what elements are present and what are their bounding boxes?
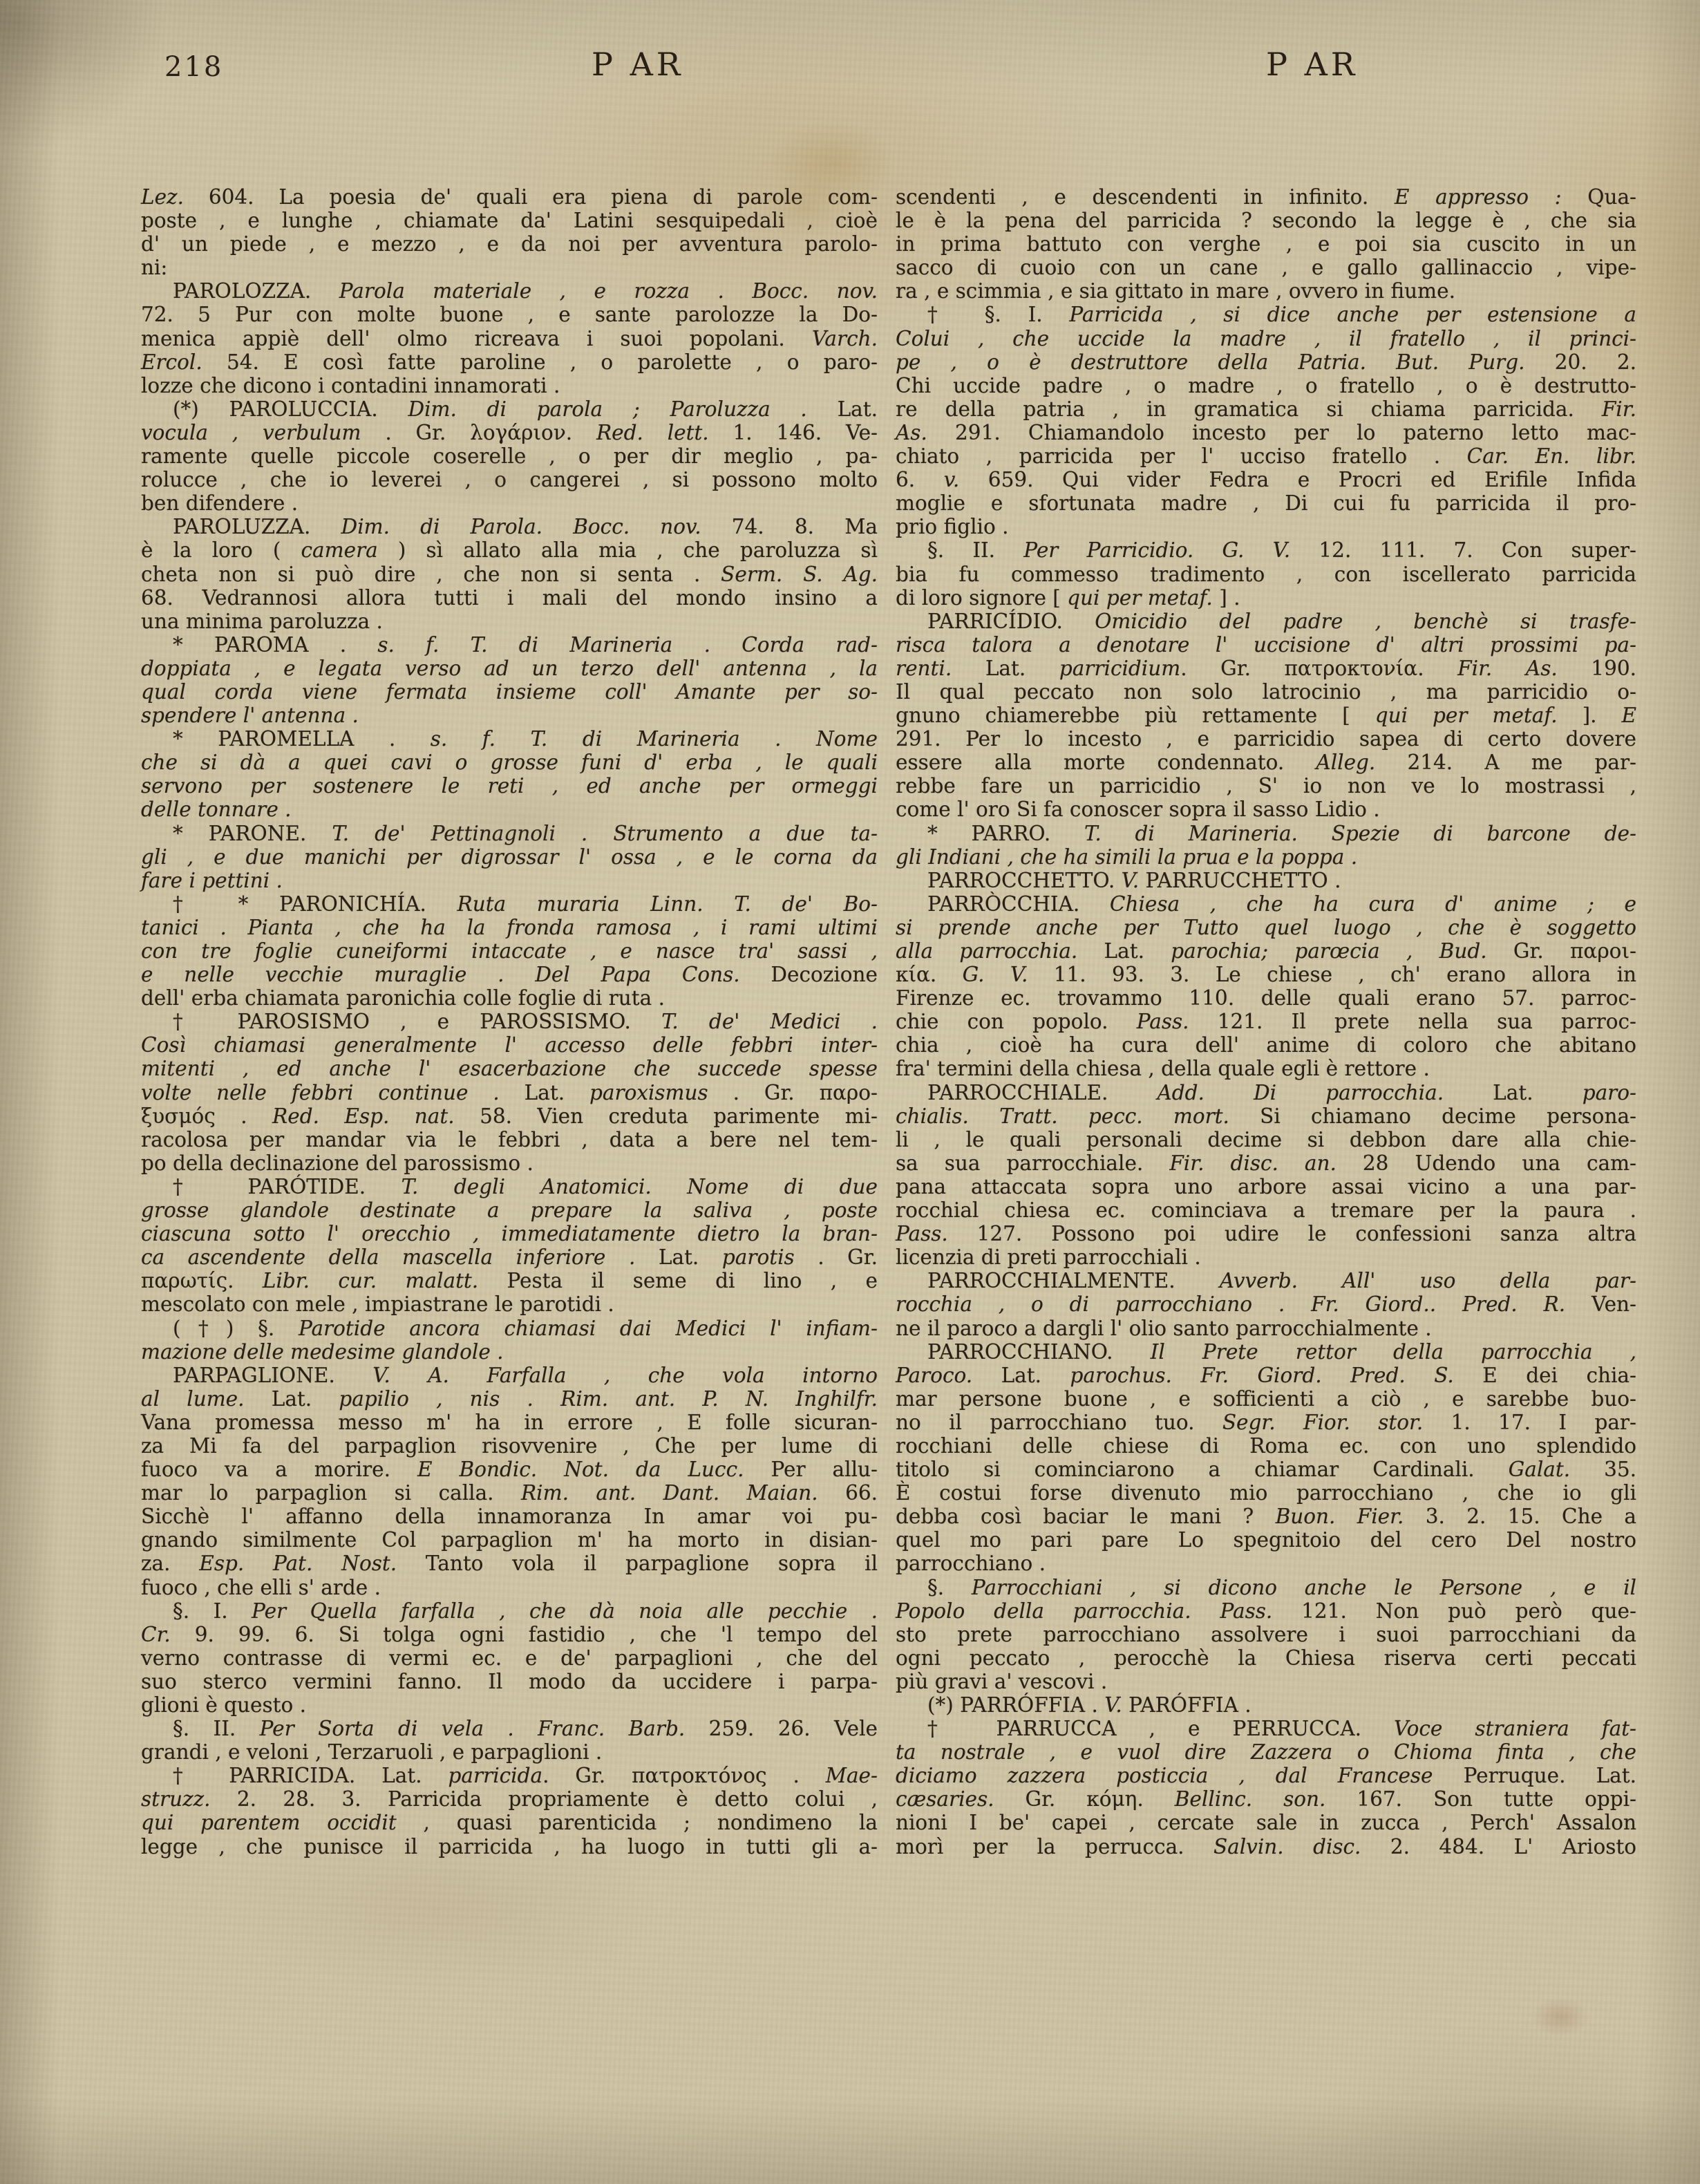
text-line: ogni peccato , perocchè la Chiesa riserv… (896, 1646, 1636, 1670)
text-line: mescolato con mele , impiastrane le paro… (141, 1292, 878, 1316)
page-number: 218 (164, 51, 223, 83)
scanned-dictionary-page: 218 P AR P AR Lez. 604. La poesia de' qu… (0, 0, 1700, 2184)
text-line: gnando similmente Col parpaglion m' ha m… (141, 1528, 878, 1552)
running-head-right: P AR (1266, 46, 1358, 83)
text-line: con tre foglie cuneiformi intaccate , e … (141, 939, 878, 963)
text-line: rolucce , che io leverei , o cangerei , … (141, 468, 878, 491)
text-line: PAROLUZZA. Dim. di Parola. Bocc. nov. 74… (141, 515, 878, 538)
entry-paragraph: (†) §. Parotide ancora chiamasi dai Medi… (141, 1317, 878, 1364)
text-line: 68. Vedrannosi allora tutti i mali del m… (141, 586, 878, 610)
text-line: PARPAGLIONE. V. A. Farfalla , che vola i… (141, 1364, 878, 1387)
text-line: ra , e scimmia , e sia gittato in mare ,… (896, 279, 1636, 303)
text-line: za Mi fa del parpaglion risovvenire , Ch… (141, 1434, 878, 1458)
text-line: Popolo della parrocchia. Pass. 121. Non … (896, 1599, 1636, 1623)
text-line: ta nostrale , e vuol dire Zazzera o Chio… (896, 1740, 1636, 1764)
entry-paragraph: * PAROMELLA . s. f. T. di Marineria . No… (141, 727, 878, 821)
text-line: Paroco. Lat. parochus. Fr. Giord. Pred. … (896, 1364, 1636, 1387)
text-line: quel mo pari pare Lo spegnitoio del cero… (896, 1528, 1636, 1552)
text-line: vocula , verbulum . Gr. λογάριον. Red. l… (141, 421, 878, 444)
text-line: rebbe fare un parricidio , S' io non ve … (896, 774, 1636, 798)
text-line: titolo si cominciarono a chiamar Cardina… (896, 1458, 1636, 1481)
entry-paragraph: * PARRO. T. di Marineria. Spezie di barc… (896, 822, 1636, 869)
text-line: licenzia di preti parrocchiali . (896, 1245, 1636, 1269)
text-line: al lume. Lat. papilio , nis . Rim. ant. … (141, 1387, 878, 1411)
entry-paragraph: Lez. 604. La poesia de' quali era piena … (141, 185, 878, 279)
text-line: Il qual peccato non solo latrocinio , ma… (896, 680, 1636, 704)
text-line: κία. G. V. 11. 93. 3. Le chiese , ch' er… (896, 963, 1636, 986)
text-line: §. I. Per Quella farfalla , che dà noia … (141, 1599, 878, 1623)
text-line: † PARÓTIDE. T. degli Anatomici. Nome di … (141, 1175, 878, 1198)
text-line: † * PARONICHÍA. Ruta muraria Linn. T. de… (141, 892, 878, 916)
text-line: ni: (141, 256, 878, 279)
entry-paragraph: PARRICÍDIO. Omicidio del padre , benchè … (896, 610, 1636, 822)
text-line: mazione delle medesime glandole . (141, 1340, 878, 1364)
entry-paragraph: PARROCCHIANO. Il Prete rettor della parr… (896, 1340, 1636, 1576)
text-line: ramente quelle piccole coserelle , o per… (141, 444, 878, 468)
text-line: PARROCCHIALMENTE. Avverb. All' uso della… (896, 1269, 1636, 1292)
text-line: sa sua parrocchiale. Fir. disc. an. 28 U… (896, 1151, 1636, 1175)
text-column-right: scendenti , e descendenti in infinito. E… (896, 185, 1636, 1858)
text-line: fare i pettini . (141, 869, 878, 892)
text-line: lozze che dicono i contadini innamorati … (141, 374, 878, 397)
text-line: gli , e due manichi per digrossar l' oss… (141, 845, 878, 869)
text-line: * PAROMELLA . s. f. T. di Marineria . No… (141, 727, 878, 751)
text-line: più gravi a' vescovi . (896, 1670, 1636, 1693)
entry-paragraph: † §. I. Parricida , si dice anche per es… (896, 303, 1636, 538)
text-line: Chi uccide padre , o madre , o fratello … (896, 374, 1636, 397)
text-line: chia , cioè ha cura dell' anime di color… (896, 1033, 1636, 1057)
text-line: grosse glandole destinate a prepare la s… (141, 1198, 878, 1222)
text-line: grandi , e veloni , Terzaruoli , e parpa… (141, 1740, 878, 1764)
text-line: doppiata , e legata verso ad un terzo de… (141, 657, 878, 680)
entry-paragraph: §. II. Per Parricidio. G. V. 12. 111. 7.… (896, 538, 1636, 609)
text-line: cæsaries. Gr. κόμη. Bellinc. son. 167. S… (896, 1787, 1636, 1811)
text-line: menica appiè dell' olmo ricreava i suoi … (141, 327, 878, 350)
text-line: fuoco va a morire. E Bondic. Not. da Luc… (141, 1458, 878, 1481)
text-line: §. II. Per Parricidio. G. V. 12. 111. 7.… (896, 538, 1636, 562)
text-line: mar lo parpaglion si calla. Rim. ant. Da… (141, 1481, 878, 1505)
text-line: † PARRICIDA. Lat. parricida. Gr. πατροκτ… (141, 1764, 878, 1787)
text-line: tanici . Pianta , che ha la fronda ramos… (141, 916, 878, 939)
text-line: li , le quali personali decime si debbon… (896, 1128, 1636, 1151)
entry-paragraph: PAROLUZZA. Dim. di Parola. Bocc. nov. 74… (141, 515, 878, 632)
text-line: prio figlio . (896, 515, 1636, 538)
text-line: chiato , parricida per l' ucciso fratell… (896, 444, 1636, 468)
text-line: cheta non si può dire , che non si senta… (141, 563, 878, 586)
text-line: PAROLOZZA. Parola materiale , e rozza . … (141, 279, 878, 303)
text-line: Cr. 9. 99. 6. Si tolga ogni fastidio , c… (141, 1623, 878, 1646)
text-line: debba così baciar le mani ? Buon. Fier. … (896, 1505, 1636, 1528)
text-line: As. 291. Chiamandolo incesto per lo pate… (896, 421, 1636, 444)
text-line: Lez. 604. La poesia de' quali era piena … (141, 185, 878, 209)
text-line: alla parrocchia. Lat. parochia; parœcia … (896, 939, 1636, 963)
text-line: qui parentem occidit , quasi parenticida… (141, 1811, 878, 1834)
text-line: renti. Lat. parricidium. Gr. πατροκτονία… (896, 657, 1636, 680)
text-line: mar persone buone , e sofficienti a ciò … (896, 1387, 1636, 1411)
text-line: chie con popolo. Pass. 121. Il prete nel… (896, 1010, 1636, 1033)
text-line: volte nelle febbri continue . Lat. parox… (141, 1081, 878, 1104)
text-line: rocchia , o di parrocchiano . Fr. Giord.… (896, 1292, 1636, 1316)
entry-paragraph: (*) PARRÓFFIA . V. PARÓFFIA . (896, 1693, 1636, 1717)
text-line: di loro signore [ qui per metaf. ] . (896, 586, 1636, 610)
entry-paragraph: PARROCCHETTO. V. PARRUCCHETTO . (896, 869, 1636, 892)
text-line: nioni I be' capei , cercate sale in zucc… (896, 1811, 1636, 1834)
entry-paragraph: PAROLOZZA. Parola materiale , e rozza . … (141, 279, 878, 397)
text-line: (*) PAROLUCCIA. Dim. di parola ; Paroluz… (141, 397, 878, 421)
text-line: pe , o è destruttore della Patria. But. … (896, 350, 1636, 374)
text-line: e nelle vecchie muraglie . Del Papa Cons… (141, 963, 878, 986)
text-line: po della declinazione del parossismo . (141, 1151, 878, 1175)
text-line: Colui , che uccide la madre , il fratell… (896, 327, 1636, 350)
text-line: risca talora a denotare l' uccisione d' … (896, 633, 1636, 657)
entry-paragraph: (*) PAROLUCCIA. Dim. di parola ; Paroluz… (141, 397, 878, 515)
text-line: ne il paroco a dargli l' olio santo parr… (896, 1317, 1636, 1340)
text-line: mitenti , ed anche l' esacerbazione che … (141, 1057, 878, 1080)
text-line: παρωτίς. Libr. cur. malatt. Pesta il sem… (141, 1269, 878, 1292)
entry-paragraph: §. II. Per Sorta di vela . Franc. Barb. … (141, 1717, 878, 1764)
entry-paragraph: † * PARONICHÍA. Ruta muraria Linn. T. de… (141, 892, 878, 1010)
text-line: * PARONE. T. de' Pettinagnoli . Strument… (141, 822, 878, 845)
text-line: fra' termini della chiesa , della quale … (896, 1057, 1636, 1080)
text-line: chialis. Tratt. pecc. mort. Si chiamano … (896, 1104, 1636, 1128)
text-line: no il parrocchiano tuo. Segr. Fior. stor… (896, 1411, 1636, 1434)
text-line: essere alla morte condennato. Alleg. 214… (896, 751, 1636, 774)
text-line: diciamo zazzera posticcia , dal Francese… (896, 1764, 1636, 1787)
text-line: PARRICÍDIO. Omicidio del padre , benchè … (896, 610, 1636, 633)
text-line: fuoco , che elli s' arde . (141, 1576, 878, 1599)
text-line: le è la pena del parricida ? secondo la … (896, 209, 1636, 232)
text-line: §. Parrocchiani , si dicono anche le Per… (896, 1576, 1636, 1599)
text-line: gli Indiani , che ha simili la prua e la… (896, 845, 1636, 869)
text-line: pana attaccata sopra uno arbore assai vi… (896, 1175, 1636, 1198)
text-line: racolosa per mandar via le febbri , data… (141, 1128, 878, 1151)
text-line: Sicchè l' affanno della innamoranza In a… (141, 1505, 878, 1528)
text-line: è la loro ( camera ) sì allato alla mia … (141, 538, 878, 562)
text-line: Vana promessa messo m' ha in errore , E … (141, 1411, 878, 1434)
text-line: ben difendere . (141, 491, 878, 515)
text-line: morì per la perrucca. Salvin. disc. 2. 4… (896, 1835, 1636, 1858)
text-line: 6. v. 659. Qui vider Fedra e Procri ed E… (896, 468, 1636, 491)
text-line: PARROCCHIANO. Il Prete rettor della parr… (896, 1340, 1636, 1364)
text-line: d' un piede , e mezzo , e da noi per avv… (141, 232, 878, 256)
entry-paragraph: † PAROSISMO , e PAROSSISMO. T. de' Medic… (141, 1010, 878, 1175)
text-line: re della patria , in gramatica si chiama… (896, 397, 1636, 421)
text-line: servono per sostenere le reti , ed anche… (141, 774, 878, 798)
text-line: si prende anche per Tutto quel luogo , c… (896, 916, 1636, 939)
text-line: dell' erba chiamata paronichia colle fog… (141, 986, 878, 1010)
text-line: Così chiamasi generalmente l' accesso de… (141, 1033, 878, 1057)
text-line: 72. 5 Pur con molte buone , e sante paro… (141, 303, 878, 326)
text-line: poste , e lunghe , chiamate da' Latini s… (141, 209, 878, 232)
text-line: ca ascendente della mascella inferiore .… (141, 1245, 878, 1269)
text-line: † §. I. Parricida , si dice anche per es… (896, 303, 1636, 326)
text-line: qual corda viene fermata insieme coll' A… (141, 680, 878, 704)
text-line: ciascuna sotto l' orecchio , immediatame… (141, 1222, 878, 1245)
text-line: gnuno chiamerebbe più rettamente [ qui p… (896, 704, 1636, 727)
text-line: bia fu commesso tradimento , con iscelle… (896, 563, 1636, 586)
entry-paragraph: * PAROMA . s. f. T. di Marineria . Corda… (141, 633, 878, 727)
text-line: glioni è questo . (141, 1693, 878, 1717)
text-line: 291. Per lo incesto , e parricidio sapea… (896, 727, 1636, 751)
text-line: sto prete parrocchiano assolvere i suoi … (896, 1623, 1636, 1646)
text-line: delle tonnare . (141, 798, 878, 821)
entry-paragraph: scendenti , e descendenti in infinito. E… (896, 185, 1636, 303)
entry-paragraph: † PARRICIDA. Lat. parricida. Gr. πατροκτ… (141, 1764, 878, 1858)
text-line: struzz. 2. 28. 3. Parricida propriamente… (141, 1787, 878, 1811)
text-line: È costui forse divenuto mio parrocchiano… (896, 1481, 1636, 1505)
text-line: * PARRO. T. di Marineria. Spezie di barc… (896, 822, 1636, 845)
text-line: sacco di cuoio con un cane , e gallo gal… (896, 256, 1636, 279)
text-line: Pass. 127. Possono poi udire le confessi… (896, 1222, 1636, 1245)
text-line: in prima battuto con verghe , e poi sia … (896, 232, 1636, 256)
text-line: che si dà a quei cavi o grosse funi d' e… (141, 751, 878, 774)
text-line: spendere l' antenna . (141, 704, 878, 727)
text-line: rocchiani delle chiese di Roma ec. con u… (896, 1434, 1636, 1458)
text-line: Firenze ec. trovammo 110. delle quali er… (896, 986, 1636, 1010)
text-line: legge , che punisce il parricida , ha lu… (141, 1835, 878, 1858)
running-head-left: P AR (592, 46, 683, 83)
entry-paragraph: §. I. Per Quella farfalla , che dà noia … (141, 1599, 878, 1717)
entry-paragraph: * PARONE. T. de' Pettinagnoli . Strument… (141, 822, 878, 892)
text-line: PARROCCHETTO. V. PARRUCCHETTO . (896, 869, 1636, 892)
entry-paragraph: §. Parrocchiani , si dicono anche le Per… (896, 1576, 1636, 1693)
entry-paragraph: PARROCCHIALE. Add. Di parrocchia. Lat. p… (896, 1081, 1636, 1270)
text-line: §. II. Per Sorta di vela . Franc. Barb. … (141, 1717, 878, 1740)
text-line: * PAROMA . s. f. T. di Marineria . Corda… (141, 633, 878, 657)
text-line: rocchial chiesa ec. cominciava a tremare… (896, 1198, 1636, 1222)
entry-paragraph: † PARÓTIDE. T. degli Anatomici. Nome di … (141, 1175, 878, 1317)
text-line: suo sterco vermini fanno. Il modo da ucc… (141, 1670, 878, 1693)
text-line: PARRÒCCHIA. Chiesa , che ha cura d' anim… (896, 892, 1636, 916)
text-column-left: Lez. 604. La poesia de' quali era piena … (141, 185, 878, 1858)
entry-paragraph: PARROCCHIALMENTE. Avverb. All' uso della… (896, 1269, 1636, 1339)
entry-paragraph: PARPAGLIONE. V. A. Farfalla , che vola i… (141, 1364, 878, 1599)
entry-paragraph: PARRÒCCHIA. Chiesa , che ha cura d' anim… (896, 892, 1636, 1081)
text-line: ξυσμός . Red. Esp. nat. 58. Vien creduta… (141, 1104, 878, 1128)
text-line: † PAROSISMO , e PAROSSISMO. T. de' Medic… (141, 1010, 878, 1033)
text-line: come l' oro Si fa conoscer sopra il sass… (896, 798, 1636, 821)
text-line: za. Esp. Pat. Nost. Tanto vola il parpag… (141, 1552, 878, 1575)
entry-paragraph: † PARRUCCA , e PERRUCCA. Voce straniera … (896, 1717, 1636, 1858)
text-line: † PARRUCCA , e PERRUCCA. Voce straniera … (896, 1717, 1636, 1740)
text-line: scendenti , e descendenti in infinito. E… (896, 185, 1636, 209)
text-line: (*) PARRÓFFIA . V. PARÓFFIA . (896, 1693, 1636, 1717)
text-line: una minima paroluzza . (141, 610, 878, 633)
text-line: moglie e sfortunata madre , Di cui fu pa… (896, 491, 1636, 515)
text-line: PARROCCHIALE. Add. Di parrocchia. Lat. p… (896, 1081, 1636, 1104)
text-line: (†) §. Parotide ancora chiamasi dai Medi… (141, 1317, 878, 1340)
text-line: verno contrasse di vermi ec. e de' parpa… (141, 1646, 878, 1670)
text-line: parrocchiano . (896, 1552, 1636, 1575)
text-line: Ercol. 54. E così fatte paroline , o par… (141, 350, 878, 374)
